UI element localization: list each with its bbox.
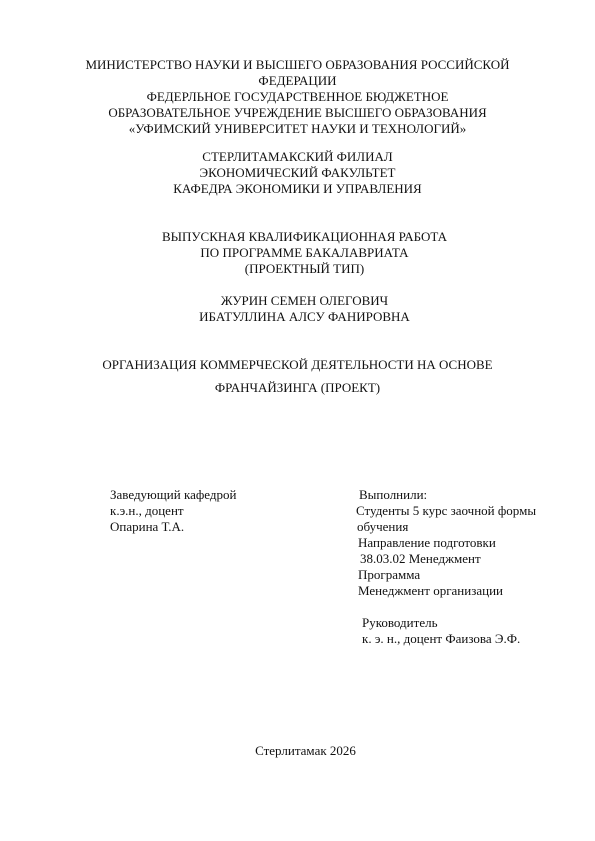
- faculty-name: ЭКОНОМИЧЕСКИЙ ФАКУЛЬТЕТ: [0, 165, 595, 180]
- thesis-title-line-1: ОРГАНИЗАЦИЯ КОММЕРЧЕСКОЙ ДЕЯТЕЛЬНОСТИ НА…: [0, 357, 595, 372]
- supervisor-label: Руководитель: [362, 615, 438, 630]
- author-2: ИБАТУЛЛИНА АЛСУ ФАНИРОВНА: [0, 309, 595, 324]
- head-degree: к.э.н., доцент: [110, 503, 184, 518]
- head-name: Опарина Т.А.: [110, 519, 184, 534]
- supervisor-value: к. э. н., доцент Фаизова Э.Ф.: [362, 631, 520, 646]
- direction-value: 38.03.02 Менеджмент: [360, 551, 481, 566]
- institution-line-1: ФЕДЕРЛЬНОЕ ГОСУДАРСТВЕННОЕ БЮДЖЕТНОЕ: [0, 89, 595, 104]
- program-label: Программа: [358, 567, 420, 582]
- ministry-line-1: МИНИСТЕРСТВО НАУКИ И ВЫСШЕГО ОБРАЗОВАНИЯ…: [0, 57, 595, 72]
- work-type-line-2: ПО ПРОГРАММЕ БАКАЛАВРИАТА: [0, 245, 595, 260]
- ministry-line-2: ФЕДЕРАЦИИ: [0, 73, 595, 88]
- branch-name: СТЕРЛИТАМАКСКИЙ ФИЛИАЛ: [0, 149, 595, 164]
- work-type-line-3: (ПРОЕКТНЫЙ ТИП): [0, 261, 595, 276]
- program-value: Менеджмент организации: [358, 583, 503, 598]
- thesis-title-line-2: ФРАНЧАЙЗИНГА (ПРОЕКТ): [0, 380, 595, 395]
- direction-label: Направление подготовки: [358, 535, 496, 550]
- students-line-2: обучения: [357, 519, 408, 534]
- work-type-line-1: ВЫПУСКНАЯ КВАЛИФИКАЦИОННАЯ РАБОТА: [0, 229, 595, 244]
- students-line-1: Студенты 5 курс заочной формы: [356, 503, 536, 518]
- department-name: КАФЕДРА ЭКОНОМИКИ И УПРАВЛЕНИЯ: [0, 181, 595, 196]
- author-1: ЖУРИН СЕМЕН ОЛЕГОВИЧ: [0, 293, 595, 308]
- head-role: Заведующий кафедрой: [110, 487, 236, 502]
- university-name: «УФИМСКИЙ УНИВЕРСИТЕТ НАУКИ И ТЕХНОЛОГИЙ…: [0, 121, 595, 136]
- institution-line-2: ОБРАЗОВАТЕЛЬНОЕ УЧРЕЖДЕНИЕ ВЫСШЕГО ОБРАЗ…: [0, 105, 595, 120]
- city-year: Стерлитамак 2026: [0, 743, 595, 758]
- performers-label: Выполнили:: [359, 487, 427, 502]
